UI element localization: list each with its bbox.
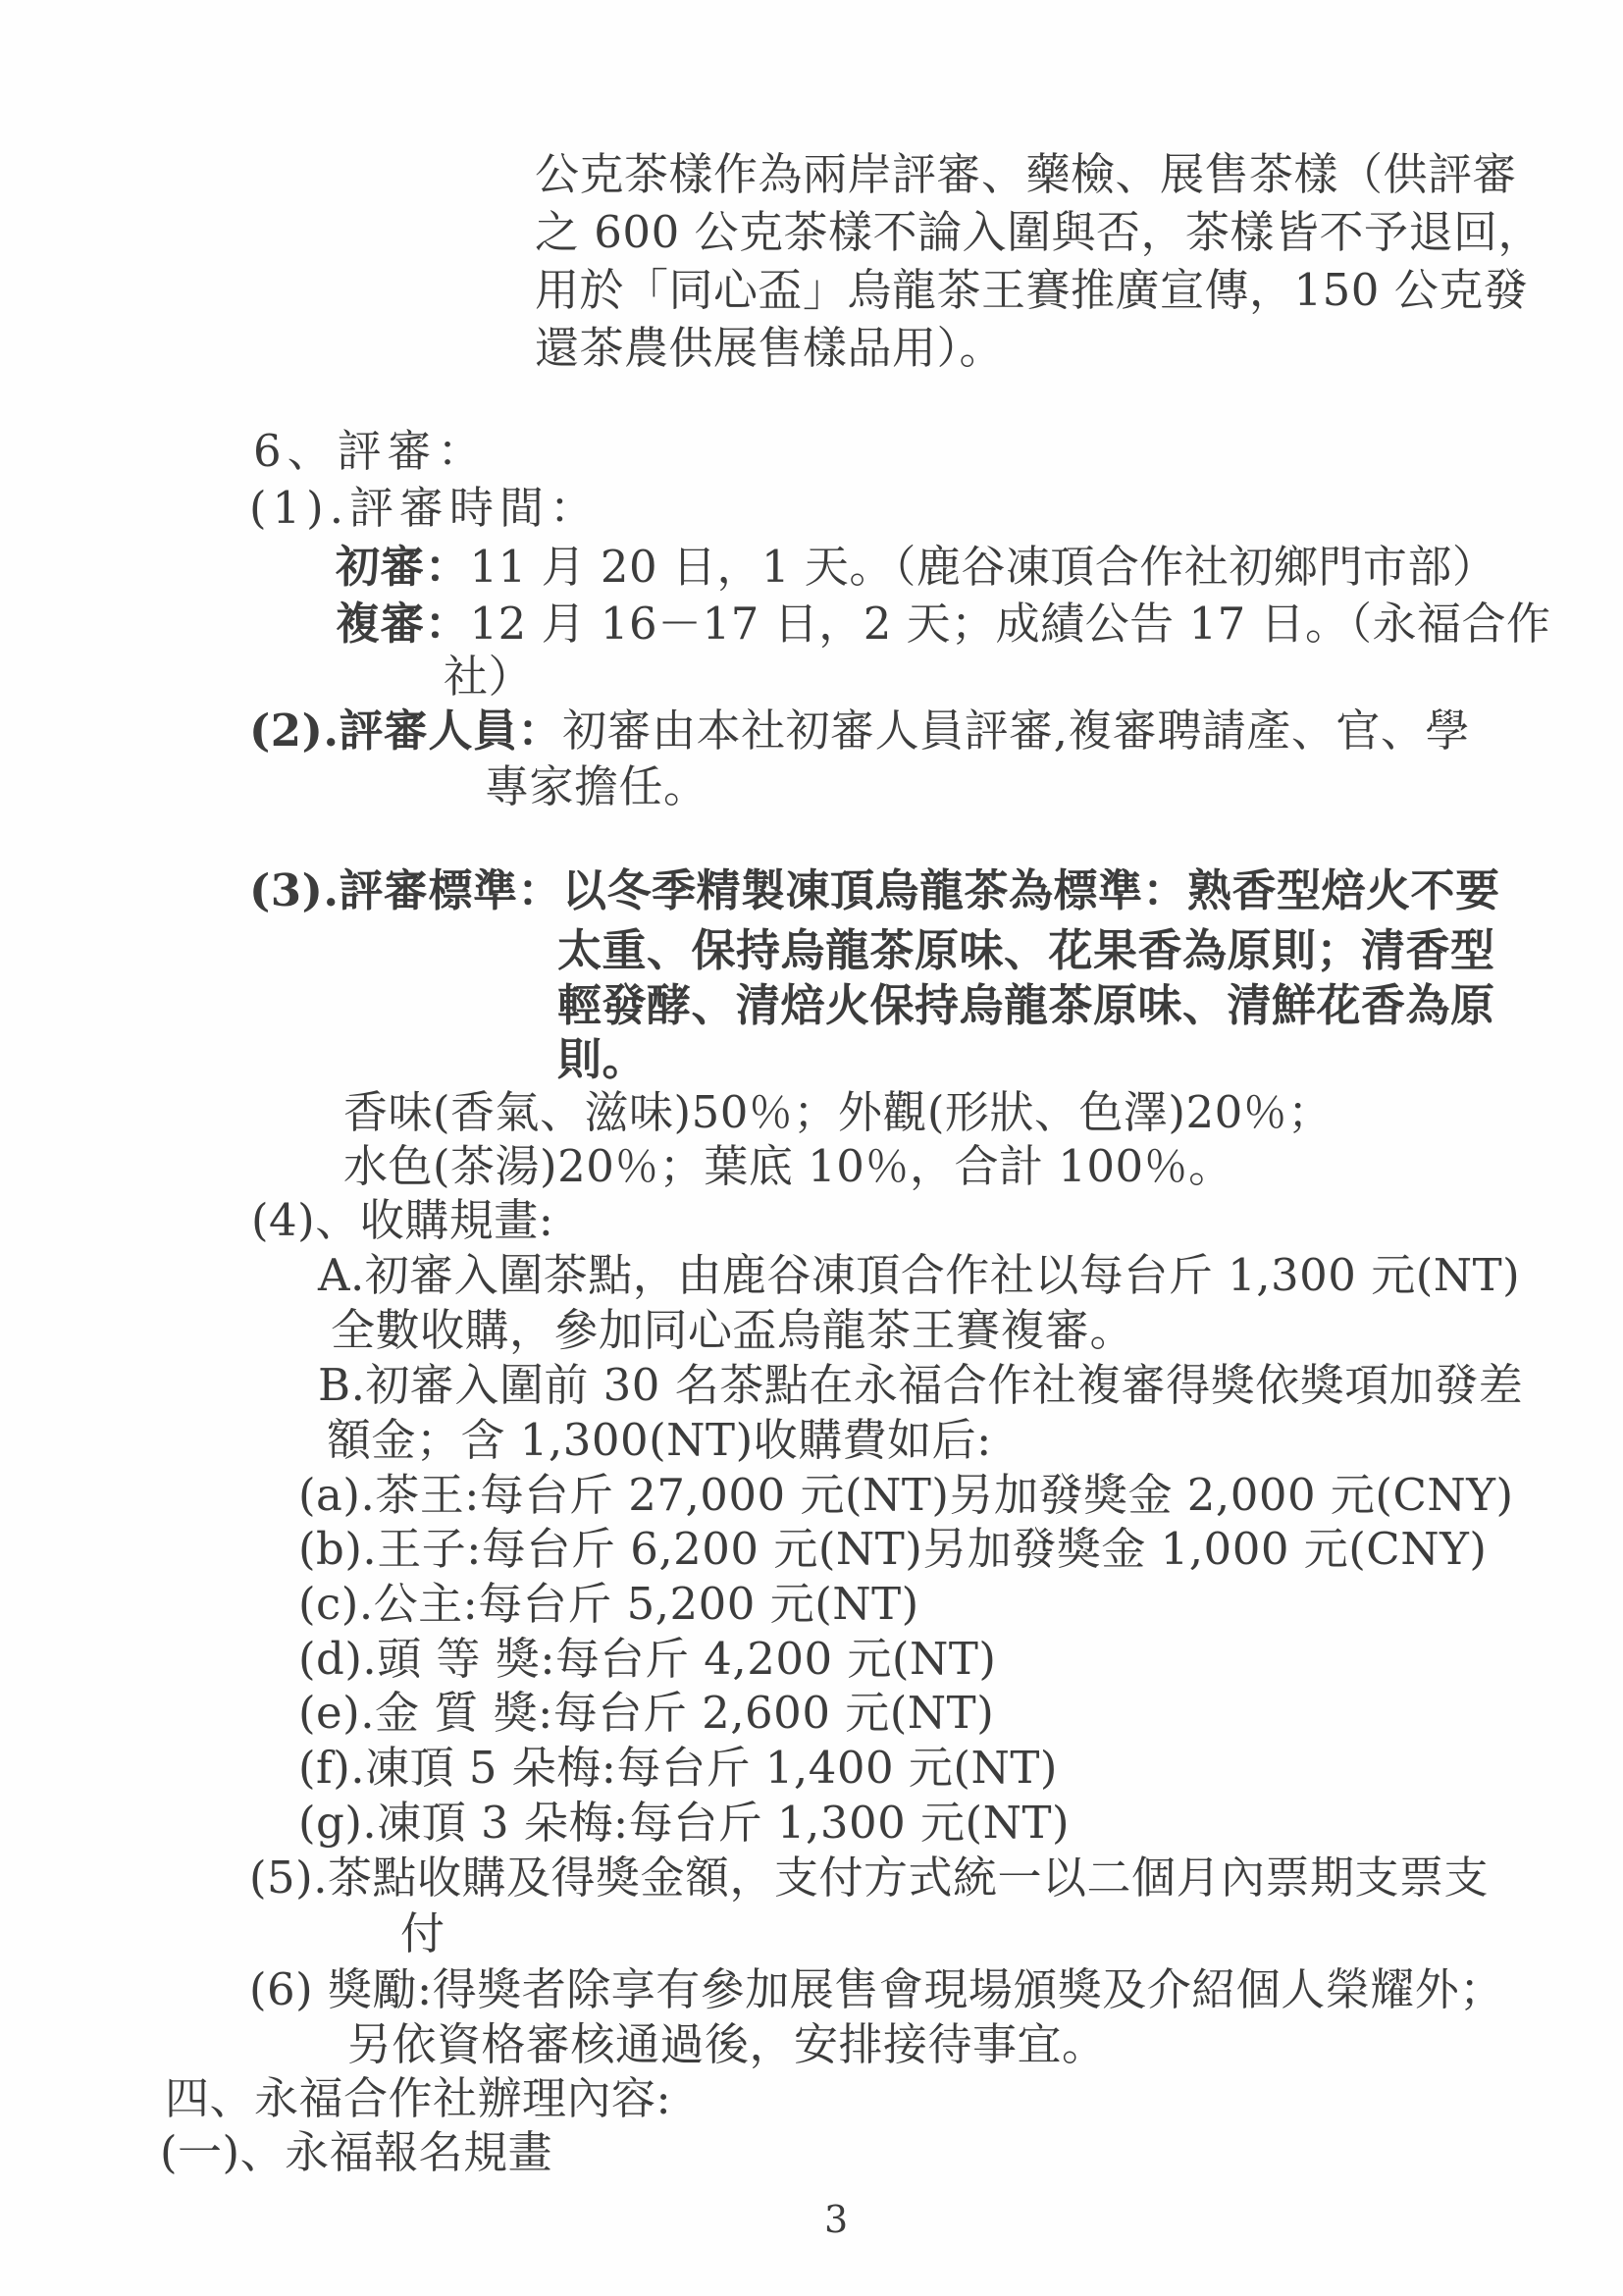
second-review-label: 複審：: [336, 598, 470, 650]
judging-panel-cont: 專家擔任。: [485, 761, 708, 812]
page-number: 3: [824, 2198, 848, 2241]
second-review-line: 複審：12 月 16－17 日，2 天；成績公告 17 日。（永福合作: [336, 599, 1551, 650]
prize-line-b: (b).王子:每台斤 6,200 元(NT)另加發獎金 1,000 元(CNY): [298, 1524, 1487, 1575]
intro-line-3: 用於「同心盃」烏龍茶王賽推廣宣傳，150 公克發: [535, 265, 1528, 316]
prize-line-e: (e).金 質 獎:每台斤 2,600 元(NT): [298, 1688, 994, 1739]
purchase-a-line-2: 全數收購，參加同心盃烏龍茶王賽複審。: [331, 1305, 1134, 1356]
purchase-b-line-2: 額金；含 1,300(NT)收購費如后:: [327, 1415, 992, 1466]
intro-line-2: 之 600 公克茶樣不論入圍與否，茶樣皆不予退回，: [535, 207, 1543, 258]
score-line-2: 水色(茶湯)20％；葉底 10％，合計 100％。: [343, 1141, 1233, 1192]
judging-panel-label: (2).評審人員：: [249, 704, 562, 757]
criteria-line-4: 則。: [557, 1034, 647, 1085]
judging-panel-text: 初審由本社初審人員評審,複審聘請產、官、學: [562, 704, 1470, 757]
prize-line-c: (c).公主:每台斤 5,200 元(NT): [298, 1579, 919, 1630]
document-page: 公克茶樣作為兩岸評審、藥檢、展售茶樣（供評審 之 600 公克茶樣不論入圍與否，…: [0, 0, 1623, 2296]
prize-line-d: (d).頭 等 獎:每台斤 4,200 元(NT): [298, 1634, 996, 1685]
criteria-line-3: 輕發酵、清焙火保持烏龍茶原味、清鮮花香為原: [557, 980, 1495, 1031]
intro-line-4: 還茶農供展售樣品用）。: [535, 323, 1004, 374]
criteria-line-2: 太重、保持烏龍茶原味、花果香為原則；清香型: [557, 925, 1495, 976]
purchase-b-line-1: B.初審入圍前 30 名茶點在永福合作社複審得獎依獎項加發差: [318, 1360, 1523, 1411]
payment-line-1: (5).茶點收購及得獎金額，支付方式統一以二個月內票期支票支: [249, 1852, 1489, 1904]
first-review-text: 11 月 20 日，1 天。（鹿谷凍頂合作社初鄉門市部）: [470, 541, 1497, 593]
judging-time-label: (1).評審時間：: [249, 483, 600, 534]
prize-line-g: (g).凍頂 3 朵梅:每台斤 1,300 元(NT): [298, 1798, 1070, 1849]
reward-line-2: 另依資格審核通過後，安排接待事宜。: [347, 2019, 1107, 2070]
section4-heading: 四、永福合作社辦理內容:: [165, 2073, 671, 2124]
second-review-cont: 社）: [444, 652, 533, 703]
payment-line-2: 付: [400, 1908, 445, 1959]
second-review-text: 12 月 16－17 日，2 天；成績公告 17 日。（永福合作: [470, 598, 1551, 650]
prize-line-a: (a).茶王:每台斤 27,000 元(NT)另加發獎金 2,000 元(CNY…: [298, 1470, 1514, 1521]
prize-line-f: (f).凍頂 5 朵梅:每台斤 1,400 元(NT): [298, 1743, 1058, 1794]
first-review-line: 初審：11 月 20 日，1 天。（鹿谷凍頂合作社初鄉門市部）: [336, 542, 1496, 593]
purchase-plan-label: (4)、收購規畫:: [251, 1195, 553, 1246]
judging-panel-line: (2).評審人員：初審由本社初審人員評審,複審聘請產、官、學: [249, 705, 1470, 757]
reward-line-1: (6) 獎勵:得獎者除享有參加展售會現場頒獎及介紹個人榮耀外；: [249, 1964, 1504, 2015]
first-review-label: 初審：: [336, 541, 470, 593]
intro-line-1: 公克茶樣作為兩岸評審、藥檢、展售茶樣（供評審: [535, 149, 1517, 200]
score-line-1: 香味(香氣、滋味)50％；外觀(形狀、色澤)20％；: [343, 1087, 1333, 1138]
purchase-a-line-1: A.初審入圍茶點，由鹿谷凍頂合作社以每台斤 1,300 元(NT): [318, 1250, 1520, 1301]
judging-section-heading: 6、評審：: [253, 426, 488, 477]
section4-sub: (一)、永福報名規畫: [160, 2127, 552, 2178]
criteria-line-1: (3).評審標準：以冬季精製凍頂烏龍茶為標準：熟香型焙火不要: [249, 865, 1500, 916]
